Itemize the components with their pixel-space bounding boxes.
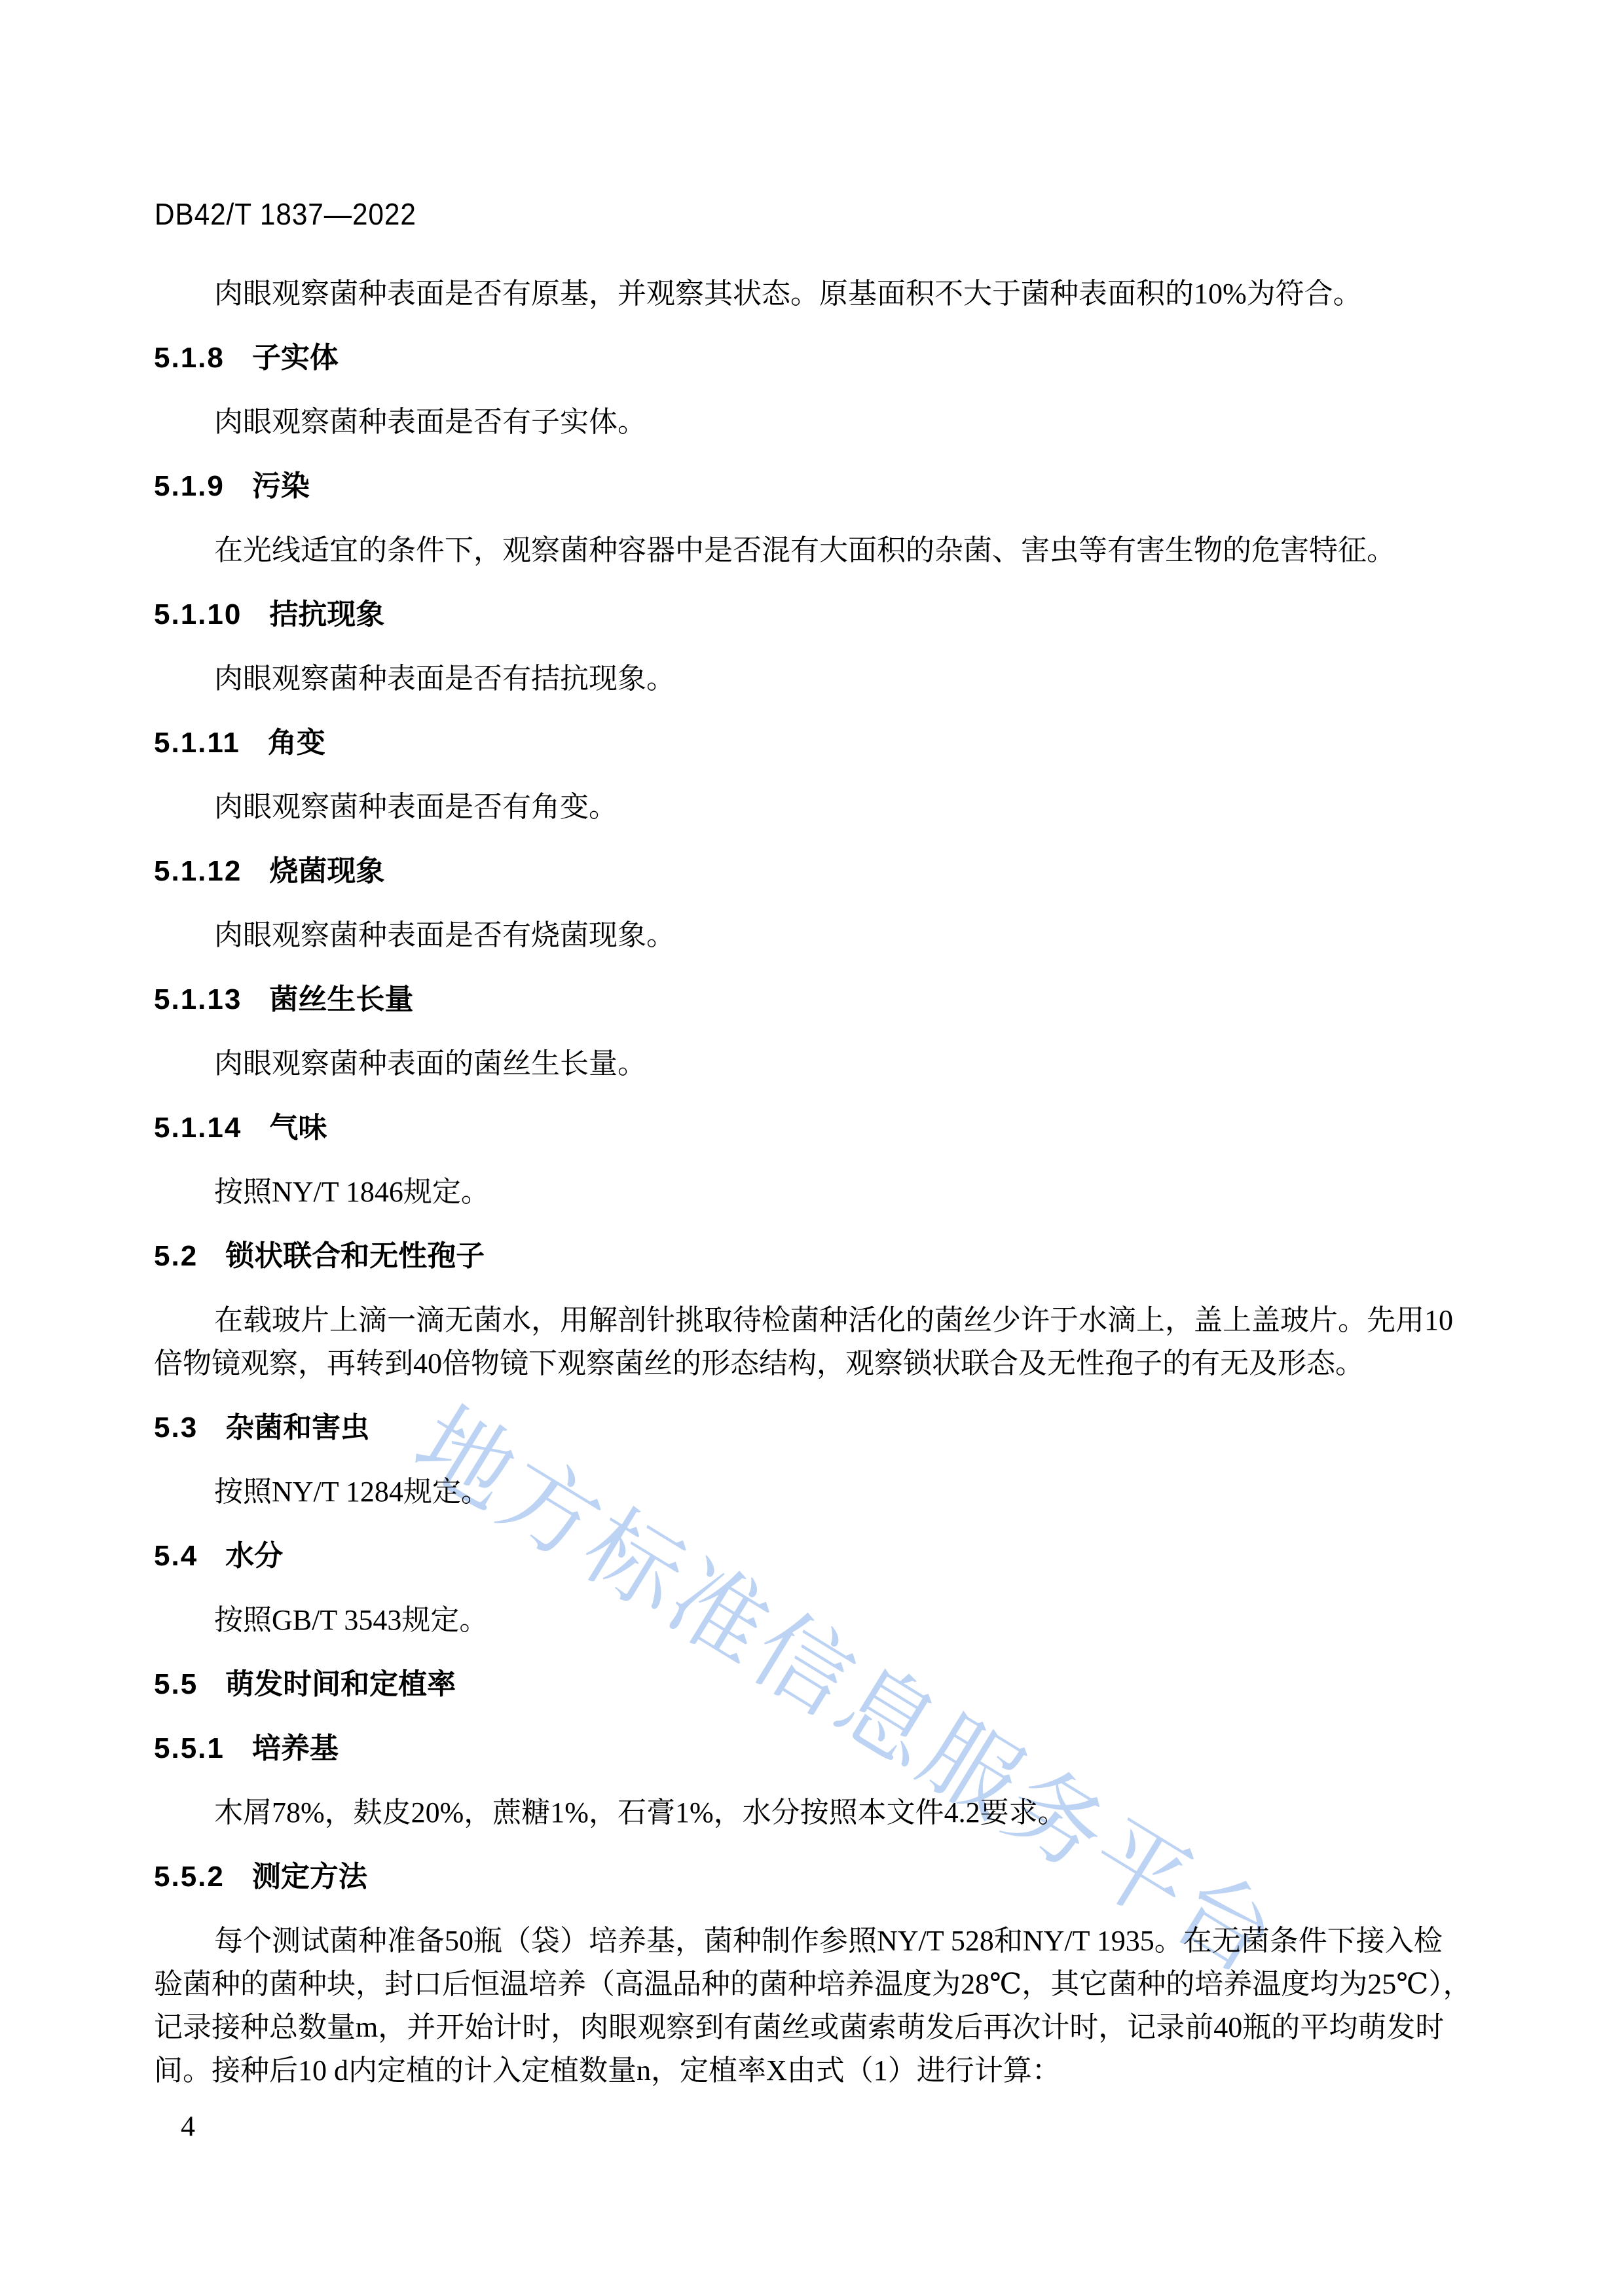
section-heading: 5.3杂菌和害虫 xyxy=(154,1412,369,1445)
section-title: 萌发时间和定植率 xyxy=(225,1668,456,1700)
paragraph-line: 按照GB/T 3543规定。 xyxy=(214,1604,488,1637)
section-title: 拮抗现象 xyxy=(269,598,384,630)
section-heading: 5.1.9污染 xyxy=(154,470,310,503)
paragraph-line: 肉眼观察菌种表面的菌丝生长量。 xyxy=(214,1048,646,1081)
section-title: 杂菌和害虫 xyxy=(225,1412,369,1444)
section-heading: 5.5萌发时间和定植率 xyxy=(154,1668,456,1702)
section-heading: 5.1.8子实体 xyxy=(154,342,339,375)
section-number: 5.5 xyxy=(154,1668,198,1702)
paragraph-line: 木屑78%，麸皮20%，蔗糖1%，石膏1%，水分按照本文件4.2要求。 xyxy=(214,1796,1067,1830)
paragraph-line: 每个测试菌种准备50瓶（袋）培养基，菌种制作参照NY/T 528和NY/T 19… xyxy=(214,1925,1443,1958)
section-number: 5.3 xyxy=(154,1412,198,1445)
section-title: 菌丝生长量 xyxy=(269,983,413,1015)
paragraph-line: 按照NY/T 1846规定。 xyxy=(214,1176,490,1209)
document-page: 地方标准信息服务平台 DB42/T 1837—2022 肉眼观察菌种表面是否有原… xyxy=(0,0,1624,2296)
section-heading: 5.4水分 xyxy=(154,1540,283,1573)
section-number: 5.5.1 xyxy=(154,1732,225,1766)
paragraph-line: 倍物镜观察，再转到40倍物镜下观察菌丝的形态结构，观察锁状联合及无性孢子的有无及… xyxy=(154,1347,1364,1381)
paragraph-line: 记录接种总数量m，并开始计时，肉眼观察到有菌丝或菌索萌发后再次计时，记录前40瓶… xyxy=(154,2011,1444,2045)
section-heading: 5.5.1培养基 xyxy=(154,1732,339,1766)
paragraph-line: 肉眼观察菌种表面是否有烧菌现象。 xyxy=(214,919,675,953)
paragraph-line: 肉眼观察菌种表面是否有角变。 xyxy=(214,791,618,824)
section-title: 测定方法 xyxy=(252,1861,367,1893)
paragraph-line: 按照NY/T 1284规定。 xyxy=(214,1476,490,1509)
section-title: 锁状联合和无性孢子 xyxy=(225,1240,485,1272)
section-heading: 5.2锁状联合和无性孢子 xyxy=(154,1240,485,1273)
section-number: 5.2 xyxy=(154,1240,198,1273)
paragraph-line: 间。接种后10 d内定植的计入定植数量n，定植率X由式（1）进行计算： xyxy=(154,2054,1061,2088)
section-number: 5.1.9 xyxy=(154,470,225,503)
section-number: 5.1.13 xyxy=(154,983,242,1017)
section-number: 5.1.12 xyxy=(154,855,242,888)
section-number: 5.1.11 xyxy=(154,727,240,760)
section-title: 气味 xyxy=(269,1112,327,1144)
section-title: 培养基 xyxy=(252,1732,339,1764)
section-heading: 5.5.2测定方法 xyxy=(154,1861,367,1894)
section-heading: 5.1.11角变 xyxy=(154,727,325,760)
paragraph-line: 在载玻片上滴一滴无菌水，用解剖针挑取待检菌种活化的菌丝少许于水滴上，盖上盖玻片。… xyxy=(214,1304,1453,1338)
document-code: DB42/T 1837—2022 xyxy=(155,196,416,232)
paragraph-line: 肉眼观察菌种表面是否有子实体。 xyxy=(214,406,646,439)
section-title: 水分 xyxy=(225,1540,283,1572)
section-heading: 5.1.12烧菌现象 xyxy=(154,855,384,888)
paragraph-line: 在光线适宜的条件下，观察菌种容器中是否混有大面积的杂菌、害虫等有害生物的危害特征… xyxy=(214,534,1395,568)
section-heading: 5.1.13菌丝生长量 xyxy=(154,983,413,1017)
section-title: 污染 xyxy=(252,470,310,502)
section-title: 烧菌现象 xyxy=(269,855,384,887)
watermark: 地方标准信息服务平台 xyxy=(394,1368,1308,2001)
paragraph-line: 验菌种的菌种块，封口后恒温培养（高温品种的菌种培养温度为28℃，其它菌种的培养温… xyxy=(154,1968,1471,2001)
section-number: 5.1.14 xyxy=(154,1112,242,1145)
section-number: 5.4 xyxy=(154,1540,198,1573)
section-number: 5.1.8 xyxy=(154,342,225,375)
section-title: 子实体 xyxy=(252,342,339,374)
paragraph-line: 肉眼观察菌种表面是否有拮抗现象。 xyxy=(214,663,675,696)
section-number: 5.1.10 xyxy=(154,598,242,632)
page-number: 4 xyxy=(181,2109,195,2143)
paragraph-line: 肉眼观察菌种表面是否有原基，并观察其状态。原基面积不大于菌种表面积的10%为符合… xyxy=(214,278,1362,311)
section-number: 5.5.2 xyxy=(154,1861,225,1894)
section-heading: 5.1.10拮抗现象 xyxy=(154,598,384,632)
section-heading: 5.1.14气味 xyxy=(154,1112,327,1145)
section-title: 角变 xyxy=(268,727,325,759)
